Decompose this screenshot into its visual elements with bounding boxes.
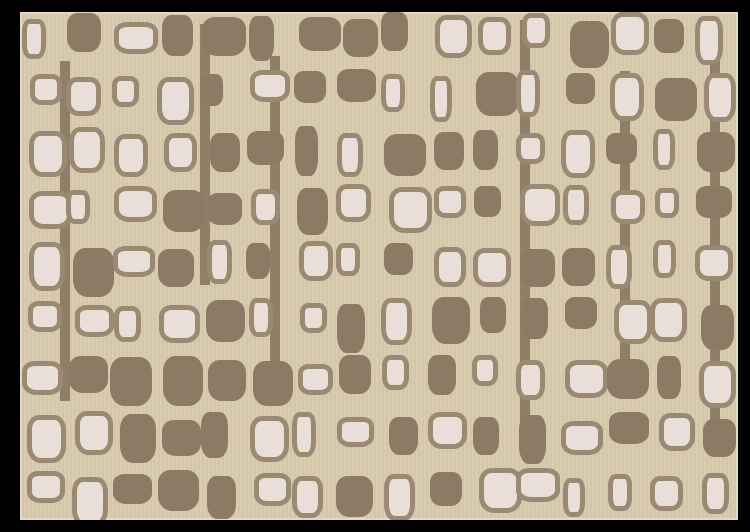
light-motif [337, 417, 374, 447]
light-motif [249, 298, 273, 337]
light-motif [516, 70, 540, 118]
light-motif [75, 411, 113, 455]
light-motif [114, 22, 157, 54]
dark-motif [210, 133, 240, 172]
dark-motif [697, 132, 735, 172]
light-motif [699, 361, 737, 408]
light-motif [650, 476, 683, 512]
light-motif [563, 185, 588, 225]
light-motif [659, 413, 695, 452]
light-motif [250, 416, 290, 462]
light-motif [336, 243, 360, 276]
light-motif [207, 240, 232, 284]
dark-motif [428, 355, 456, 395]
dark-motif [295, 126, 317, 175]
dark-motif [201, 412, 228, 458]
light-motif [473, 248, 511, 287]
light-motif [472, 355, 498, 386]
light-motif [22, 19, 46, 59]
dark-motif [207, 476, 236, 519]
dark-motif [200, 74, 223, 106]
light-motif [292, 412, 316, 457]
light-motif [655, 188, 679, 218]
light-motif [28, 301, 62, 331]
vertical-streak [60, 61, 70, 401]
light-motif [66, 77, 101, 116]
light-motif [430, 76, 452, 121]
light-motif [251, 189, 280, 226]
light-motif [611, 190, 646, 224]
dark-motif [476, 72, 518, 116]
dark-motif [654, 19, 684, 53]
dark-motif [570, 21, 609, 68]
dark-motif [337, 69, 376, 102]
dark-motif [253, 361, 293, 406]
light-motif [29, 242, 66, 291]
light-motif [72, 477, 108, 520]
light-motif [434, 247, 466, 287]
dark-motif [384, 134, 426, 176]
light-motif [381, 298, 412, 345]
light-motif [114, 134, 148, 177]
light-motif [435, 15, 472, 58]
dark-motif [606, 133, 637, 164]
dark-motif [520, 249, 556, 288]
light-motif [478, 17, 511, 56]
dark-motif [73, 248, 114, 298]
light-motif [702, 473, 729, 514]
light-motif [434, 186, 466, 218]
dark-motif [566, 73, 595, 104]
light-motif [695, 16, 723, 65]
dark-motif [247, 131, 284, 164]
light-motif [653, 240, 676, 278]
dark-motif [110, 357, 152, 406]
dark-motif [565, 297, 597, 329]
light-motif [614, 300, 652, 344]
light-motif [516, 133, 545, 164]
dark-motif [384, 243, 413, 275]
light-motif [30, 74, 62, 106]
dark-motif [474, 186, 501, 217]
light-motif [561, 130, 595, 178]
light-motif [520, 184, 560, 226]
dark-motif [158, 249, 194, 286]
dark-motif [299, 17, 341, 52]
dark-motif [434, 132, 464, 170]
light-motif [695, 245, 733, 281]
light-motif [381, 74, 405, 112]
light-motif [563, 478, 586, 517]
dark-motif [703, 419, 736, 457]
light-motif [428, 412, 467, 449]
light-motif [157, 77, 194, 124]
dark-motif [294, 71, 327, 102]
dark-motif [657, 356, 682, 399]
light-motif [300, 303, 327, 333]
light-motif [66, 190, 90, 224]
dark-motif [206, 300, 246, 341]
light-motif [298, 364, 333, 395]
dark-motif [163, 356, 203, 406]
dark-motif [163, 190, 205, 232]
light-motif [254, 473, 291, 506]
light-motif [299, 241, 333, 282]
dark-motif [69, 356, 109, 393]
light-motif [292, 476, 323, 517]
light-motif [382, 355, 410, 390]
dark-motif [162, 15, 193, 56]
light-motif [337, 133, 363, 176]
dark-motif [519, 415, 546, 464]
light-motif [75, 305, 114, 337]
dark-motif [202, 17, 246, 56]
light-motif [250, 70, 291, 103]
light-motif [561, 421, 602, 455]
dark-motif [249, 16, 274, 61]
light-motif [113, 246, 155, 276]
dark-motif [336, 476, 373, 517]
dark-motif [607, 359, 649, 400]
dark-motif [696, 186, 732, 218]
dark-motif [339, 355, 371, 394]
light-motif [611, 12, 649, 55]
dark-motif [389, 417, 418, 456]
light-motif [606, 245, 632, 290]
dark-motif [521, 298, 548, 339]
dark-motif [473, 130, 499, 170]
light-motif [650, 298, 687, 342]
dark-motif [432, 297, 470, 344]
light-motif [565, 360, 608, 398]
light-motif [164, 133, 197, 172]
dark-motif [207, 193, 242, 226]
light-motif [27, 471, 64, 503]
light-motif [516, 360, 545, 400]
dark-motif [67, 13, 101, 53]
dark-motif [381, 12, 408, 51]
dark-motif [162, 420, 201, 456]
light-motif [522, 13, 550, 48]
light-motif [22, 361, 64, 396]
light-motif [516, 468, 559, 502]
dark-motif [337, 304, 364, 353]
light-motif [704, 73, 736, 122]
light-motif [69, 127, 105, 174]
light-motif [384, 474, 415, 520]
light-motif [114, 306, 141, 342]
dark-motif [480, 297, 506, 333]
light-motif [159, 305, 200, 343]
dark-motif [473, 417, 499, 455]
dark-motif [343, 19, 378, 57]
dark-motif [297, 188, 328, 235]
dark-motif [609, 412, 649, 443]
light-motif [112, 76, 140, 106]
dark-motif [120, 414, 156, 464]
dark-motif [701, 305, 734, 350]
dark-motif [113, 474, 152, 504]
light-motif [608, 474, 632, 510]
light-motif [29, 131, 66, 177]
light-motif [389, 187, 431, 232]
dark-motif [246, 243, 271, 280]
light-motif [653, 129, 676, 170]
rug [20, 12, 738, 520]
dark-motif [158, 470, 199, 511]
dark-motif [208, 360, 245, 401]
dark-motif [430, 472, 462, 505]
light-motif [610, 73, 644, 121]
light-motif [27, 415, 66, 463]
light-motif [336, 184, 371, 222]
dark-motif [655, 78, 697, 121]
light-motif [114, 186, 157, 222]
dark-motif [562, 248, 595, 286]
